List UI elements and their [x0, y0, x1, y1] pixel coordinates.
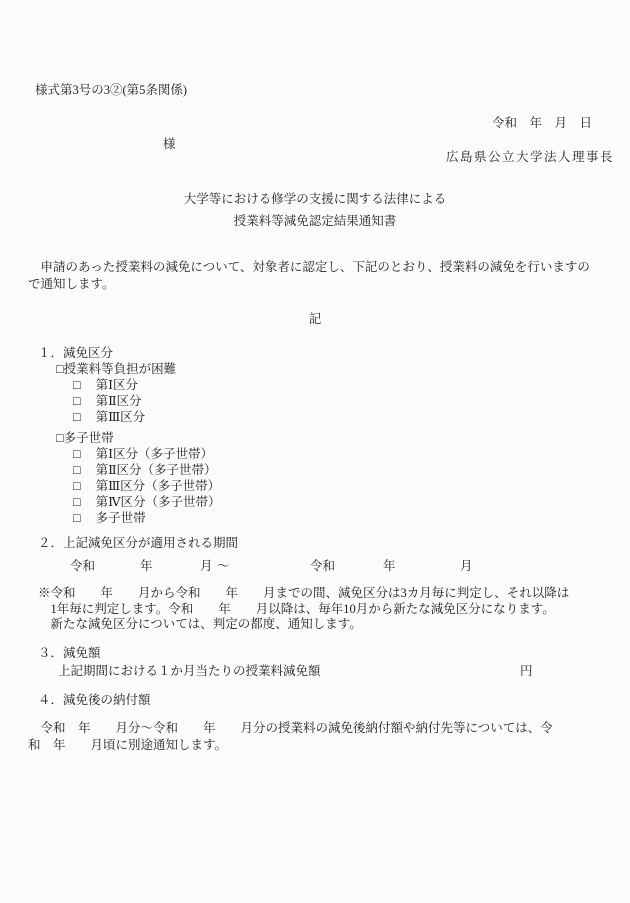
checkbox-label: 第Ⅰ区分 — [96, 377, 138, 393]
section2-heading: ２．上記減免区分が適用される期間 — [38, 535, 238, 551]
checkbox-icon[interactable]: □ — [73, 494, 81, 510]
checkbox-icon[interactable]: □ — [73, 377, 81, 393]
checkbox-label: 授業料等負担が困難 — [64, 361, 177, 377]
checkbox-icon[interactable]: □ — [73, 393, 81, 409]
checkbox-icon[interactable]: □ — [73, 510, 81, 526]
checkbox-row-multichild: □ 多子世帯 — [56, 430, 114, 446]
period-note: ※令和 年 月から令和 年 月までの間、減免区分は3カ月毎に判定し、それ以降は … — [38, 586, 598, 633]
checkbox-icon[interactable]: □ — [73, 446, 81, 462]
payment-notice-paragraph: 令和 年 月分～令和 年 月分の授業料の減免後納付額や納付先等については、令 和… — [28, 720, 613, 753]
tilde-separator: ～ — [217, 558, 230, 574]
era-label: 令和 — [70, 558, 95, 574]
intro-line1: 申請のあった授業料の減免について、対象者に認定し、下記のとおり、授業料の減免を行… — [28, 259, 613, 276]
section3-heading: ３．減免額 — [38, 645, 101, 661]
checkbox-icon[interactable]: □ — [73, 409, 81, 425]
checkbox-label: 第Ⅰ区分（多子世帯） — [96, 446, 213, 462]
checkbox-label: 第Ⅳ区分（多子世帯） — [96, 494, 221, 510]
checkbox-row-category2-multichild: □ 第Ⅱ区分（多子世帯） — [73, 462, 217, 478]
period-line: 令和 年 月 ～ 令和 年 月 — [0, 558, 630, 574]
checkbox-label: 第Ⅱ区分（多子世帯） — [96, 462, 217, 478]
intro-line2: で通知します。 — [28, 276, 613, 293]
checkbox-label: 第Ⅲ区分（多子世帯） — [96, 478, 221, 494]
form-number: 様式第3号の3②(第5条関係) — [35, 82, 187, 98]
checkbox-row-category1-multichild: □ 第Ⅰ区分（多子世帯） — [73, 446, 213, 462]
addressee-honorific: 様 — [163, 136, 176, 152]
checkbox-label: 多子世帯 — [96, 510, 146, 526]
note-line1: ※令和 年 月から令和 年 月までの間、減免区分は3カ月毎に判定し、それ以降は — [38, 586, 598, 602]
yen-unit-label: 円 — [520, 663, 533, 679]
month-label: 月 — [200, 558, 213, 574]
intro-paragraph: 申請のあった授業料の減免について、対象者に認定し、下記のとおり、授業料の減免を行… — [28, 259, 613, 292]
year-label: 年 — [140, 558, 153, 574]
checkbox-icon[interactable]: □ — [56, 430, 64, 446]
section1-heading: １．減免区分 — [38, 345, 113, 361]
checkbox-label: 第Ⅱ区分 — [96, 393, 142, 409]
checkbox-row-multichild-only: □ 多子世帯 — [73, 510, 146, 526]
document-title-line2: 授業料等減免認定結果通知書 — [0, 213, 630, 229]
checkbox-row-category3-multichild: □ 第Ⅲ区分（多子世帯） — [73, 478, 220, 494]
reduction-amount-label: 上記期間における１か月当たりの授業料減免額 — [58, 663, 321, 679]
checkbox-row-tuition-burden: □ 授業料等負担が困難 — [56, 361, 176, 377]
era-label: 令和 — [310, 558, 335, 574]
checkbox-icon[interactable]: □ — [73, 478, 81, 494]
issuer-name: 広島県公立大学法人理事長 — [446, 149, 614, 165]
record-marker: 記 — [0, 311, 630, 327]
checkbox-icon[interactable]: □ — [73, 462, 81, 478]
checkbox-row-category4-multichild: □ 第Ⅳ区分（多子世帯） — [73, 494, 221, 510]
checkbox-label: 多子世帯 — [64, 430, 114, 446]
payment-line2: 和 年 月頃に別途通知します。 — [28, 737, 613, 754]
checkbox-row-category1: □ 第Ⅰ区分 — [73, 377, 138, 393]
note-line2: 1年毎に判定します。令和 年 月以降は、毎年10月から新たな減免区分になります。 — [38, 602, 598, 618]
checkbox-label: 第Ⅲ区分 — [96, 409, 146, 425]
checkbox-row-category2: □ 第Ⅱ区分 — [73, 393, 142, 409]
document-page: 様式第3号の3②(第5条関係) 令和 年 月 日 様 広島県公立大学法人理事長 … — [0, 0, 630, 903]
document-title-line1: 大学等における修学の支援に関する法律による — [0, 191, 630, 207]
section4-heading: ４．減免後の納付額 — [38, 692, 151, 708]
date-line: 令和 年 月 日 — [492, 115, 592, 131]
payment-line1: 令和 年 月分～令和 年 月分の授業料の減免後納付額や納付先等については、令 — [28, 720, 613, 737]
note-line3: 新たな減免区分については、判定の都度、通知します。 — [38, 617, 598, 633]
checkbox-icon[interactable]: □ — [56, 361, 64, 377]
month-label: 月 — [460, 558, 473, 574]
year-label: 年 — [383, 558, 396, 574]
checkbox-row-category3: □ 第Ⅲ区分 — [73, 409, 145, 425]
